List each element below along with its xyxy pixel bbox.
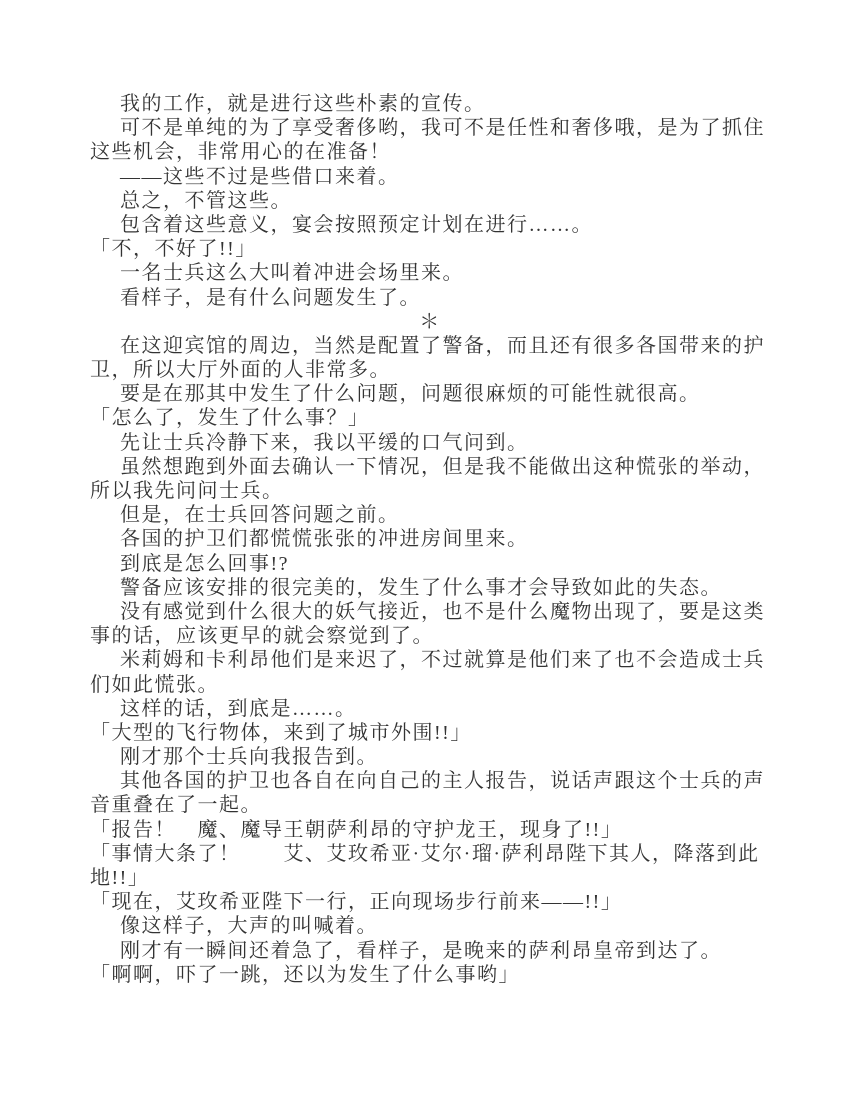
text-line: 所以我先问问士兵。	[90, 479, 770, 503]
text-line: 一名士兵这么大叫着冲进会场里来。	[90, 261, 770, 285]
text-line: 总之，不管这些。	[90, 189, 770, 213]
text-line: 没有感觉到什么很大的妖气接近，也不是什么魔物出现了，要是这类	[90, 600, 770, 624]
text-line: 刚才那个士兵向我报告到。	[90, 745, 770, 769]
text-line: 到底是怎么回事!?	[90, 552, 770, 576]
text-line: 其他各国的护卫也各自在向自己的主人报告，说话声跟这个士兵的声	[90, 769, 770, 793]
text-line: 「不，不好了!!」	[90, 237, 770, 261]
text-line: 们如此慌张。	[90, 673, 770, 697]
text-line: 「报告！ 魔、魔导王朝萨利昂的守护龙王，现身了!!」	[90, 818, 770, 842]
text-line: 先让士兵冷静下来，我以平缓的口气问到。	[90, 431, 770, 455]
text-line: 地!!」	[90, 866, 770, 890]
text-line: 音重叠在了一起。	[90, 793, 770, 817]
text-line: 要是在那其中发生了什么问题，问题很麻烦的可能性就很高。	[90, 382, 770, 406]
text-line: 虽然想跑到外面去确认一下情况，但是我不能做出这种慌张的举动，	[90, 455, 770, 479]
text-line: 米莉姆和卡利昂他们是来迟了，不过就算是他们来了也不会造成士兵	[90, 648, 770, 672]
text-line: 警备应该安排的很完美的，发生了什么事才会导致如此的失态。	[90, 576, 770, 600]
text-line: 这样的话，到底是……。	[90, 697, 770, 721]
text-line: 「事情大条了！ 艾、艾玫希亚·艾尔·瑠·萨利昂陛下其人，降落到此	[90, 842, 770, 866]
text-line: 但是，在士兵回答问题之前。	[90, 503, 770, 527]
text-line: 可不是单纯的为了享受奢侈哟，我可不是任性和奢侈哦，是为了抓住	[90, 116, 770, 140]
page: 我的工作，就是进行这些朴素的宣传。可不是单纯的为了享受奢侈哟，我可不是任性和奢侈…	[0, 0, 850, 1100]
page-text: 我的工作，就是进行这些朴素的宣传。可不是单纯的为了享受奢侈哟，我可不是任性和奢侈…	[90, 92, 770, 987]
text-line: 我的工作，就是进行这些朴素的宣传。	[90, 92, 770, 116]
section-break-star: ＊	[90, 310, 770, 334]
text-line: ——这些不过是些借口来着。	[90, 165, 770, 189]
text-line: 「怎么了，发生了什么事？」	[90, 406, 770, 430]
text-line: 「现在，艾玫希亚陛下一行，正向现场步行前来——!!」	[90, 890, 770, 914]
text-line: 这些机会，非常用心的在准备！	[90, 140, 770, 164]
text-line: 卫，所以大厅外面的人非常多。	[90, 358, 770, 382]
text-line: 各国的护卫们都慌慌张张的冲进房间里来。	[90, 527, 770, 551]
text-line: 在这迎宾馆的周边，当然是配置了警备，而且还有很多各国带来的护	[90, 334, 770, 358]
text-line: 看样子，是有什么问题发生了。	[90, 286, 770, 310]
text-line: 包含着这些意义，宴会按照预定计划在进行……。	[90, 213, 770, 237]
text-line: 「啊啊，吓了一跳，还以为发生了什么事哟」	[90, 963, 770, 987]
text-line: 事的话，应该更早的就会察觉到了。	[90, 624, 770, 648]
text-line: 刚才有一瞬间还着急了，看样子，是晚来的萨利昂皇帝到达了。	[90, 939, 770, 963]
text-line: 「大型的飞行物体，来到了城市外围!!」	[90, 721, 770, 745]
text-line: 像这样子，大声的叫喊着。	[90, 914, 770, 938]
